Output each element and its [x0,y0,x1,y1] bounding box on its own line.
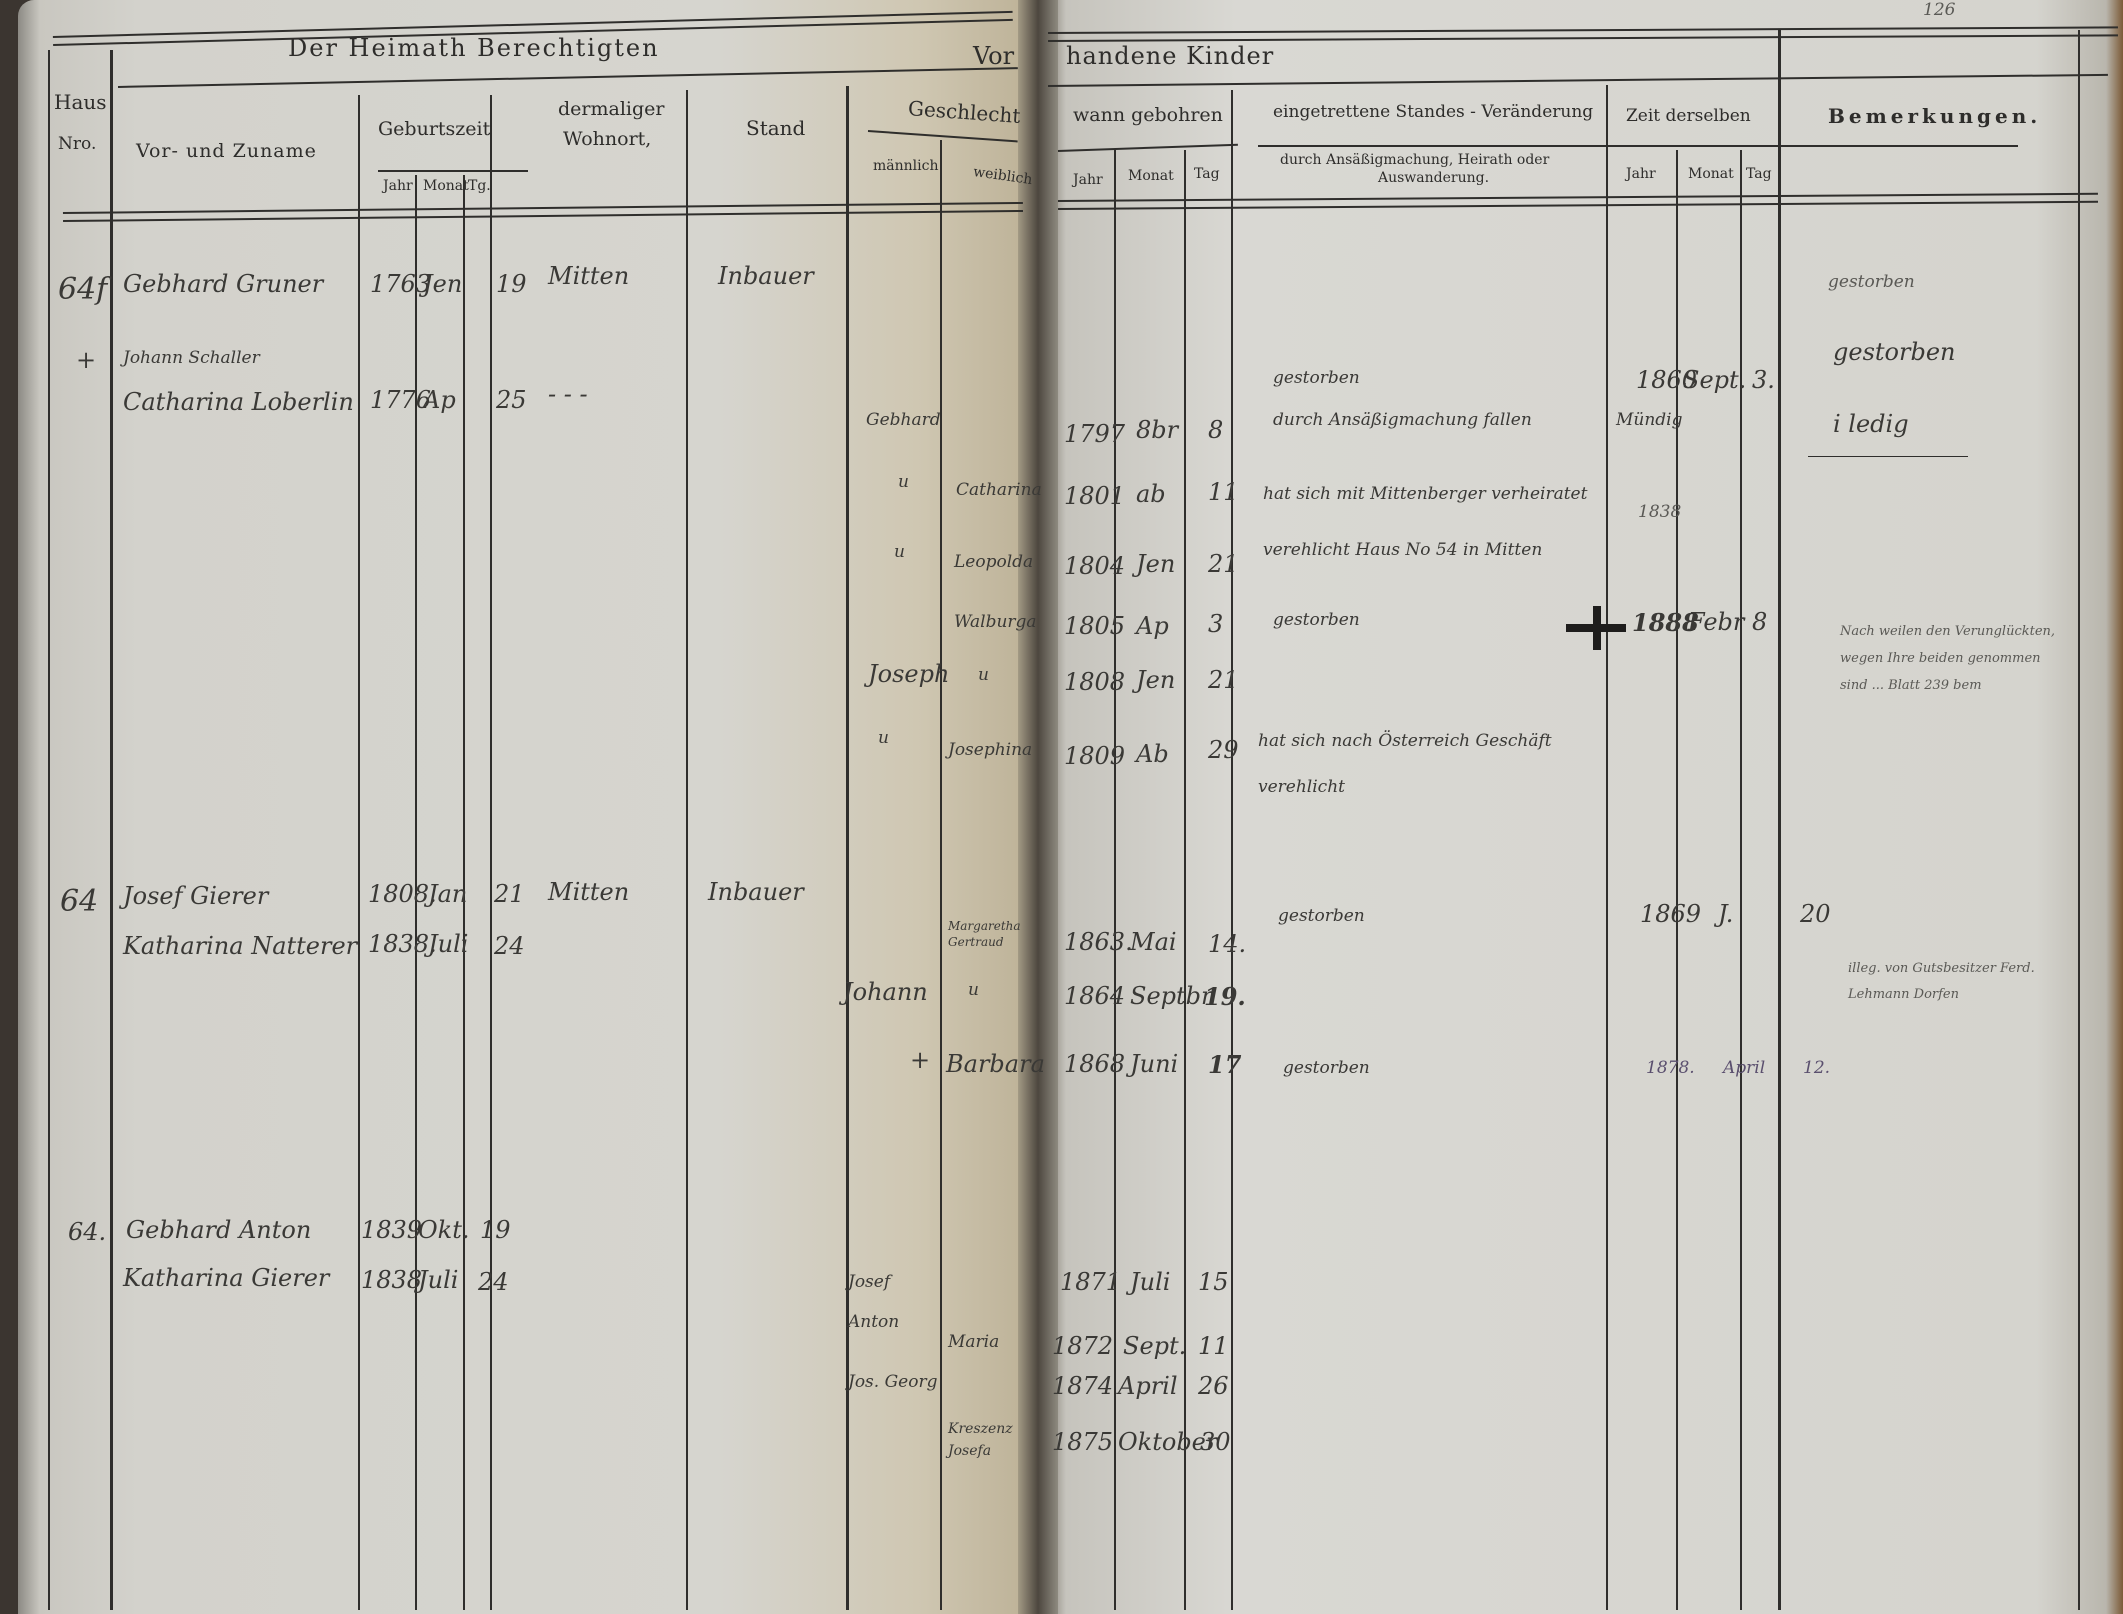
entry2-person2-jahr: 1838. [368,930,437,958]
entry1-child1-monat: 8br [1136,416,1178,444]
entry2-person1-wohnort: Mitten [548,878,629,906]
header-w-jahr: Jahr [1073,172,1103,188]
entry3-child2-monat: Sept. [1123,1332,1186,1360]
entry1-person1-remark: gestorben [1828,272,1915,292]
entry1-child6-m: u [878,728,889,748]
entry1-child2-m: u [898,472,909,492]
entry1-person3-name: Catharina Loberlin [123,388,354,416]
header-w-tag: Tag [1194,166,1220,182]
entry2-child3-m: + [910,1046,930,1074]
header-title-heimath: Der Heimath Berechtigten [288,34,660,62]
entry2-child3-monat: Juni [1130,1050,1178,1078]
entry2-child3-c-tag: 12. [1803,1058,1830,1078]
entry1-child3-jahr: 1804 [1064,552,1125,580]
entry3-child2-jahr: 1872 [1052,1332,1113,1360]
entry1-person1-c-tag: 3. [1752,366,1775,394]
entry1-child2-w: Catharina [956,480,1042,500]
header-standes-sub1: durch Ansäßigmachung, Heirath oder [1280,152,1549,168]
entry2-person1-monat: Jan [428,880,467,908]
entry1-child1-m: Gebhard [866,410,941,430]
entry3-person2-tag: 24 [478,1268,509,1296]
wohnort-divider [686,90,688,1610]
entry1-child4-c-tag: 8 [1752,608,1767,636]
entry1-person1-name: Gebhard Gruner [123,270,323,298]
entry1-person1-c-monat: Sept. [1683,366,1746,394]
entry1-child1-tag: 8 [1208,416,1223,444]
entry3-child1-jahr: 1871 [1060,1268,1121,1296]
entry3-person1-tag: 19 [480,1216,511,1244]
entry1-child2-change: hat sich mit Mittenberger verheiratet [1263,484,1587,504]
entry1-child4-remark: Nach weilen den Verunglückten, wegen Ihr… [1840,618,2070,699]
header-wann-gebohren: wann gebohren [1073,104,1223,126]
entry2-child3-tag: 17 [1208,1050,1241,1079]
entry1-child6-monat: Ab [1136,740,1169,768]
entry3-person1-name: Gebhard Anton [126,1216,311,1244]
entry1-person3-tag: 25 [496,386,527,414]
entry1-child6-jahr: 1809 [1064,742,1125,770]
r-bemerk-divider [1778,30,1781,1610]
entry3-child2-tag: 11 [1198,1332,1229,1360]
r-monat-divider [1114,150,1116,1610]
entry1-person1-change: gestorben [1273,368,1360,388]
entry2-child2-monat: Septbr [1130,982,1213,1010]
entry2-child1-monat: Mai [1130,928,1177,956]
entry2-child1-jahr: 1863. [1064,928,1133,956]
header-geburtszeit: Geburtszeit [378,118,490,140]
entry1-child1-change: durch Ansäßigmachung fallen [1273,410,1532,430]
entry2-person1-c-monat: J. [1718,900,1733,928]
entry2-child3-jahr: 1868 [1064,1050,1125,1078]
entry1-child3-tag: 21 [1208,550,1239,578]
entry3-child2-w: Maria [948,1332,999,1352]
entry1-child5-w: u [978,665,989,685]
entry2-child2-w: u [968,980,979,1000]
entry2-haus: 64 [60,884,98,919]
entry1-child3-monat: Jen [1136,550,1175,578]
entry1-child3-m: u [894,542,905,562]
header-name: Vor- und Zuname [136,140,317,162]
entry1-child2-c-jahr: 1838 [1638,502,1681,522]
entry2-child3-change: gestorben [1283,1058,1370,1078]
entry3-child1-tag: 15 [1198,1268,1229,1296]
entry1-child6-w: Josephina [948,740,1032,760]
entry2-person1-c-tag: 20 [1800,900,1831,928]
death-cross-icon [1566,606,1626,650]
entry3-person2-name: Katharina Gierer [123,1264,329,1292]
entry2-child2-m: Johann [843,978,928,1006]
entry3-person1-jahr: 1839 [361,1216,422,1244]
page-number: 126 [1923,0,1955,20]
right-border [2078,30,2080,1610]
entry3-person1-monat: Okt. [418,1216,470,1244]
header-jahr: Jahr [383,178,413,194]
header-tg: Tg. [468,178,491,194]
entry2-child2-tag: 19. [1204,982,1246,1011]
entry1-person3-wohnort: - - - [548,380,588,408]
entry1-person3-remark: i ledig [1833,410,1909,438]
entry1-person3-monat: Ap [423,386,456,414]
entry1-child5-m: Joseph [868,660,949,688]
entry1-child5-tag: 21 [1208,666,1239,694]
open-register-book: 126 Der Heimath Berechtigten Vor Haus Nr… [18,0,2123,1614]
entry3-child3-tag: 26 [1198,1372,1229,1400]
entry1-person1-monat: Jen [423,270,462,298]
header-maennlich: männlich [873,158,938,174]
entry1-child1-jahr: 1797 [1064,420,1125,448]
entry3-child1-monat: Juli [1130,1268,1170,1296]
entry1-child3-w: Leopolda [954,552,1033,572]
entry2-person2-tag: 24 [494,932,525,960]
entry1-child4-jahr: 1805 [1064,612,1125,640]
entry1-child6-change: hat sich nach Österreich Geschäft verehl… [1258,718,1618,810]
entry3-child4-w: Kreszenz Josefa [948,1418,1028,1462]
entry1-child4-change: gestorben [1273,610,1360,630]
entry3-person2-monat: Juli [418,1266,458,1294]
entry1-child4-monat: Ap [1136,612,1169,640]
header-w-monat: Monat [1128,168,1174,184]
entry2-child1-w: Margaretha Gertraud [948,918,1038,950]
header-nro: Nro. [58,134,96,154]
entry2-person1-tag: 21 [494,880,525,908]
entry2-person1-change: gestorben [1278,906,1365,926]
r-zeit-divider [1606,85,1608,1610]
entry3-child3-monat: April [1118,1372,1178,1400]
entry3-child4-jahr: 1875 [1052,1428,1113,1456]
header-z-jahr: Jahr [1626,166,1656,182]
entry1-child4-w: Walburga [954,612,1037,632]
entry2-person1-name: Josef Gierer [123,882,268,910]
entry1-child2-monat: ab [1136,480,1166,508]
entry3-child3-m: Jos. Georg [848,1372,937,1392]
header-dermaliger: dermaliger [558,98,664,120]
standes-sub-rule [1258,145,2018,147]
entry2-person1-c-jahr: 1869 [1640,900,1701,928]
entry1-person1-tag: 19 [496,270,527,298]
r-standes-divider [1231,90,1233,1610]
header-haus: Haus [54,90,107,114]
header-z-monat: Monat [1688,166,1734,182]
geschlecht-divider [940,140,942,1610]
header-handene-kinder: handene Kinder [1066,42,1274,70]
entry1-child4-tag: 3 [1208,610,1223,638]
header-bemerkungen: Bemerkungen. [1828,104,2041,128]
entry1-person3-jahr: 1776 [370,386,431,414]
entry1-child5-jahr: 1808 [1064,668,1125,696]
entry2-person2-monat: Juli [428,930,468,958]
haus-divider [110,50,113,1610]
entry1-child2-tag: 11 [1208,478,1239,506]
remark-underline [1808,456,1968,457]
entry1-haus: 64f [58,272,107,307]
entry3-child3-jahr: 1874 [1052,1372,1113,1400]
header-standes: eingetrettene Standes - Veränderung [1273,102,1593,122]
entry1-person2-mark: + [76,346,96,374]
entry2-person1-stand: Inbauer [708,878,804,906]
entry1-child3-change: verehlicht Haus No 54 in Mitten [1263,540,1542,560]
entry2-child2-remark: illeg. von Gutsbesitzer Ferd. Lehmann Do… [1848,956,2078,1008]
entry2-child1-tag: 14. [1208,930,1246,958]
entry1-child2-jahr: 1801 [1064,482,1125,510]
header-wohnort: Wohnort, [563,128,651,150]
tag-divider [490,95,492,1610]
entry1-person1-jahr: 1763 [370,270,431,298]
entry2-child3-c-monat: April [1723,1058,1765,1078]
entry2-child2-jahr: 1864 [1064,982,1125,1010]
entry1-person1-stand: Inbauer [718,262,814,290]
entry3-child4-tag: 30 [1200,1428,1231,1456]
entry1-person1-wohnort: Mitten [548,262,629,290]
left-border [48,50,50,1610]
geburt-sub-rule [378,170,528,172]
header-z-tag: Tag [1746,166,1772,182]
entry2-child3-w: Barbara [946,1050,1045,1078]
entry1-child4-c-monat: Febr [1688,608,1744,636]
entry1-person2-name: Johann Schaller [123,348,260,368]
header-stand: Stand [746,116,805,140]
header-zeit-derselben: Zeit derselben [1626,106,1751,126]
entry2-child3-c-jahr: 1878. [1646,1058,1695,1078]
entry1-child5-monat: Jen [1136,666,1175,694]
entry1-person2-remark: gestorben [1833,338,1955,366]
entry3-haus: 64. [68,1218,106,1246]
entry3-person2-jahr: 1838 [361,1266,422,1294]
entry1-child6-tag: 29 [1208,736,1239,764]
entry2-person1-jahr: 1808. [368,880,437,908]
entry1-child1-c-monat: Mündig [1616,410,1683,430]
header-standes-sub2: Auswanderung. [1378,170,1489,186]
header-vor: Vor [973,42,1014,70]
r-tag-divider [1184,150,1186,1610]
entry2-person2-name: Katharina Natterer [123,932,357,960]
header-monat: Monat [423,178,469,194]
name-divider [358,95,360,1610]
entry3-child1-m: Josef Anton [848,1262,928,1342]
